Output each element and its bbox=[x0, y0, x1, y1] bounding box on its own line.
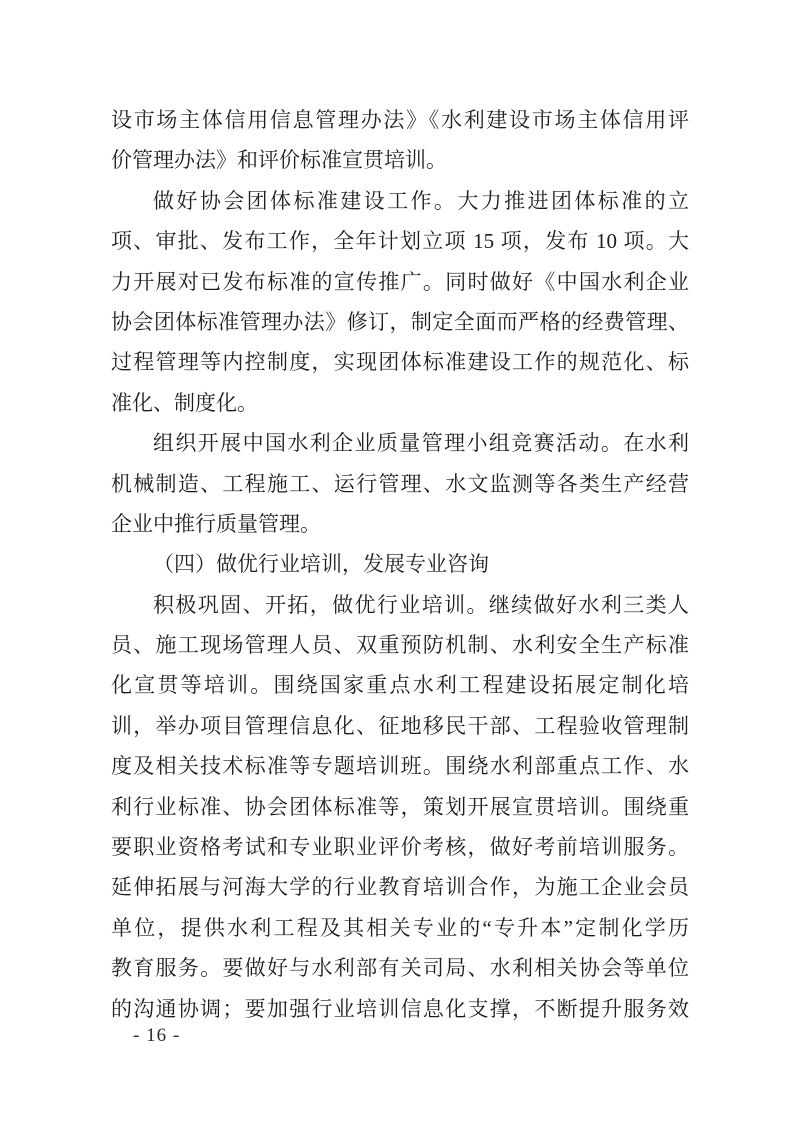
text-line: 要职业资格考试和专业职业评价考核，做好考前培训服务。 bbox=[111, 827, 689, 867]
text-line: 教育服务。要做好与水利部有关司局、水利相关协会等单位 bbox=[111, 948, 689, 988]
text-line: 项、审批、发布工作，全年计划立项 15 项，发布 10 项。大 bbox=[111, 221, 689, 261]
text-line: 做好协会团体标准建设工作。大力推进团体标准的立 bbox=[111, 181, 689, 221]
document-page: 设市场主体信用信息管理办法》《水利建设市场主体信用评价管理办法》和评价标准宣贯培… bbox=[0, 0, 800, 1131]
text-line: 训，举办项目管理信息化、征地移民干部、工程验收管理制 bbox=[111, 706, 689, 746]
page-number: - 16 - bbox=[133, 1024, 180, 1048]
text-line: （四）做优行业培训，发展专业咨询 bbox=[111, 544, 689, 584]
text-line: 利行业标准、协会团体标准等，策划开展宣贯培训。围绕重 bbox=[111, 787, 689, 827]
text-line: 化宣贯等培训。围绕国家重点水利工程建设拓展定制化培 bbox=[111, 665, 689, 705]
text-line: 度及相关技术标准等专题培训班。围绕水利部重点工作、水 bbox=[111, 746, 689, 786]
text-line: 设市场主体信用信息管理办法》《水利建设市场主体信用评 bbox=[111, 100, 689, 140]
text-line: 积极巩固、开拓，做优行业培训。继续做好水利三类人 bbox=[111, 585, 689, 625]
text-line: 组织开展中国水利企业质量管理小组竞赛活动。在水利 bbox=[111, 423, 689, 463]
text-line: 机械制造、工程施工、运行管理、水文监测等各类生产经营 bbox=[111, 464, 689, 504]
document-text-block: 设市场主体信用信息管理办法》《水利建设市场主体信用评价管理办法》和评价标准宣贯培… bbox=[111, 100, 689, 1029]
text-line: 力开展对已发布标准的宣传推广。同时做好《中国水利企业 bbox=[111, 262, 689, 302]
text-line: 过程管理等内控制度，实现团体标准建设工作的规范化、标 bbox=[111, 342, 689, 382]
text-line: 单位，提供水利工程及其相关专业的“专升本”定制化学历 bbox=[111, 908, 689, 948]
text-line: 企业中推行质量管理。 bbox=[111, 504, 689, 544]
text-line: 员、施工现场管理人员、双重预防机制、水利安全生产标准 bbox=[111, 625, 689, 665]
text-line: 协会团体标准管理办法》修订，制定全面而严格的经费管理、 bbox=[111, 302, 689, 342]
text-line: 延伸拓展与河海大学的行业教育培训合作，为施工企业会员 bbox=[111, 867, 689, 907]
text-line: 的沟通协调；要加强行业培训信息化支撑，不断提升服务效 bbox=[111, 989, 689, 1029]
text-line: 准化、制度化。 bbox=[111, 383, 689, 423]
text-line: 价管理办法》和评价标准宣贯培训。 bbox=[111, 140, 689, 180]
